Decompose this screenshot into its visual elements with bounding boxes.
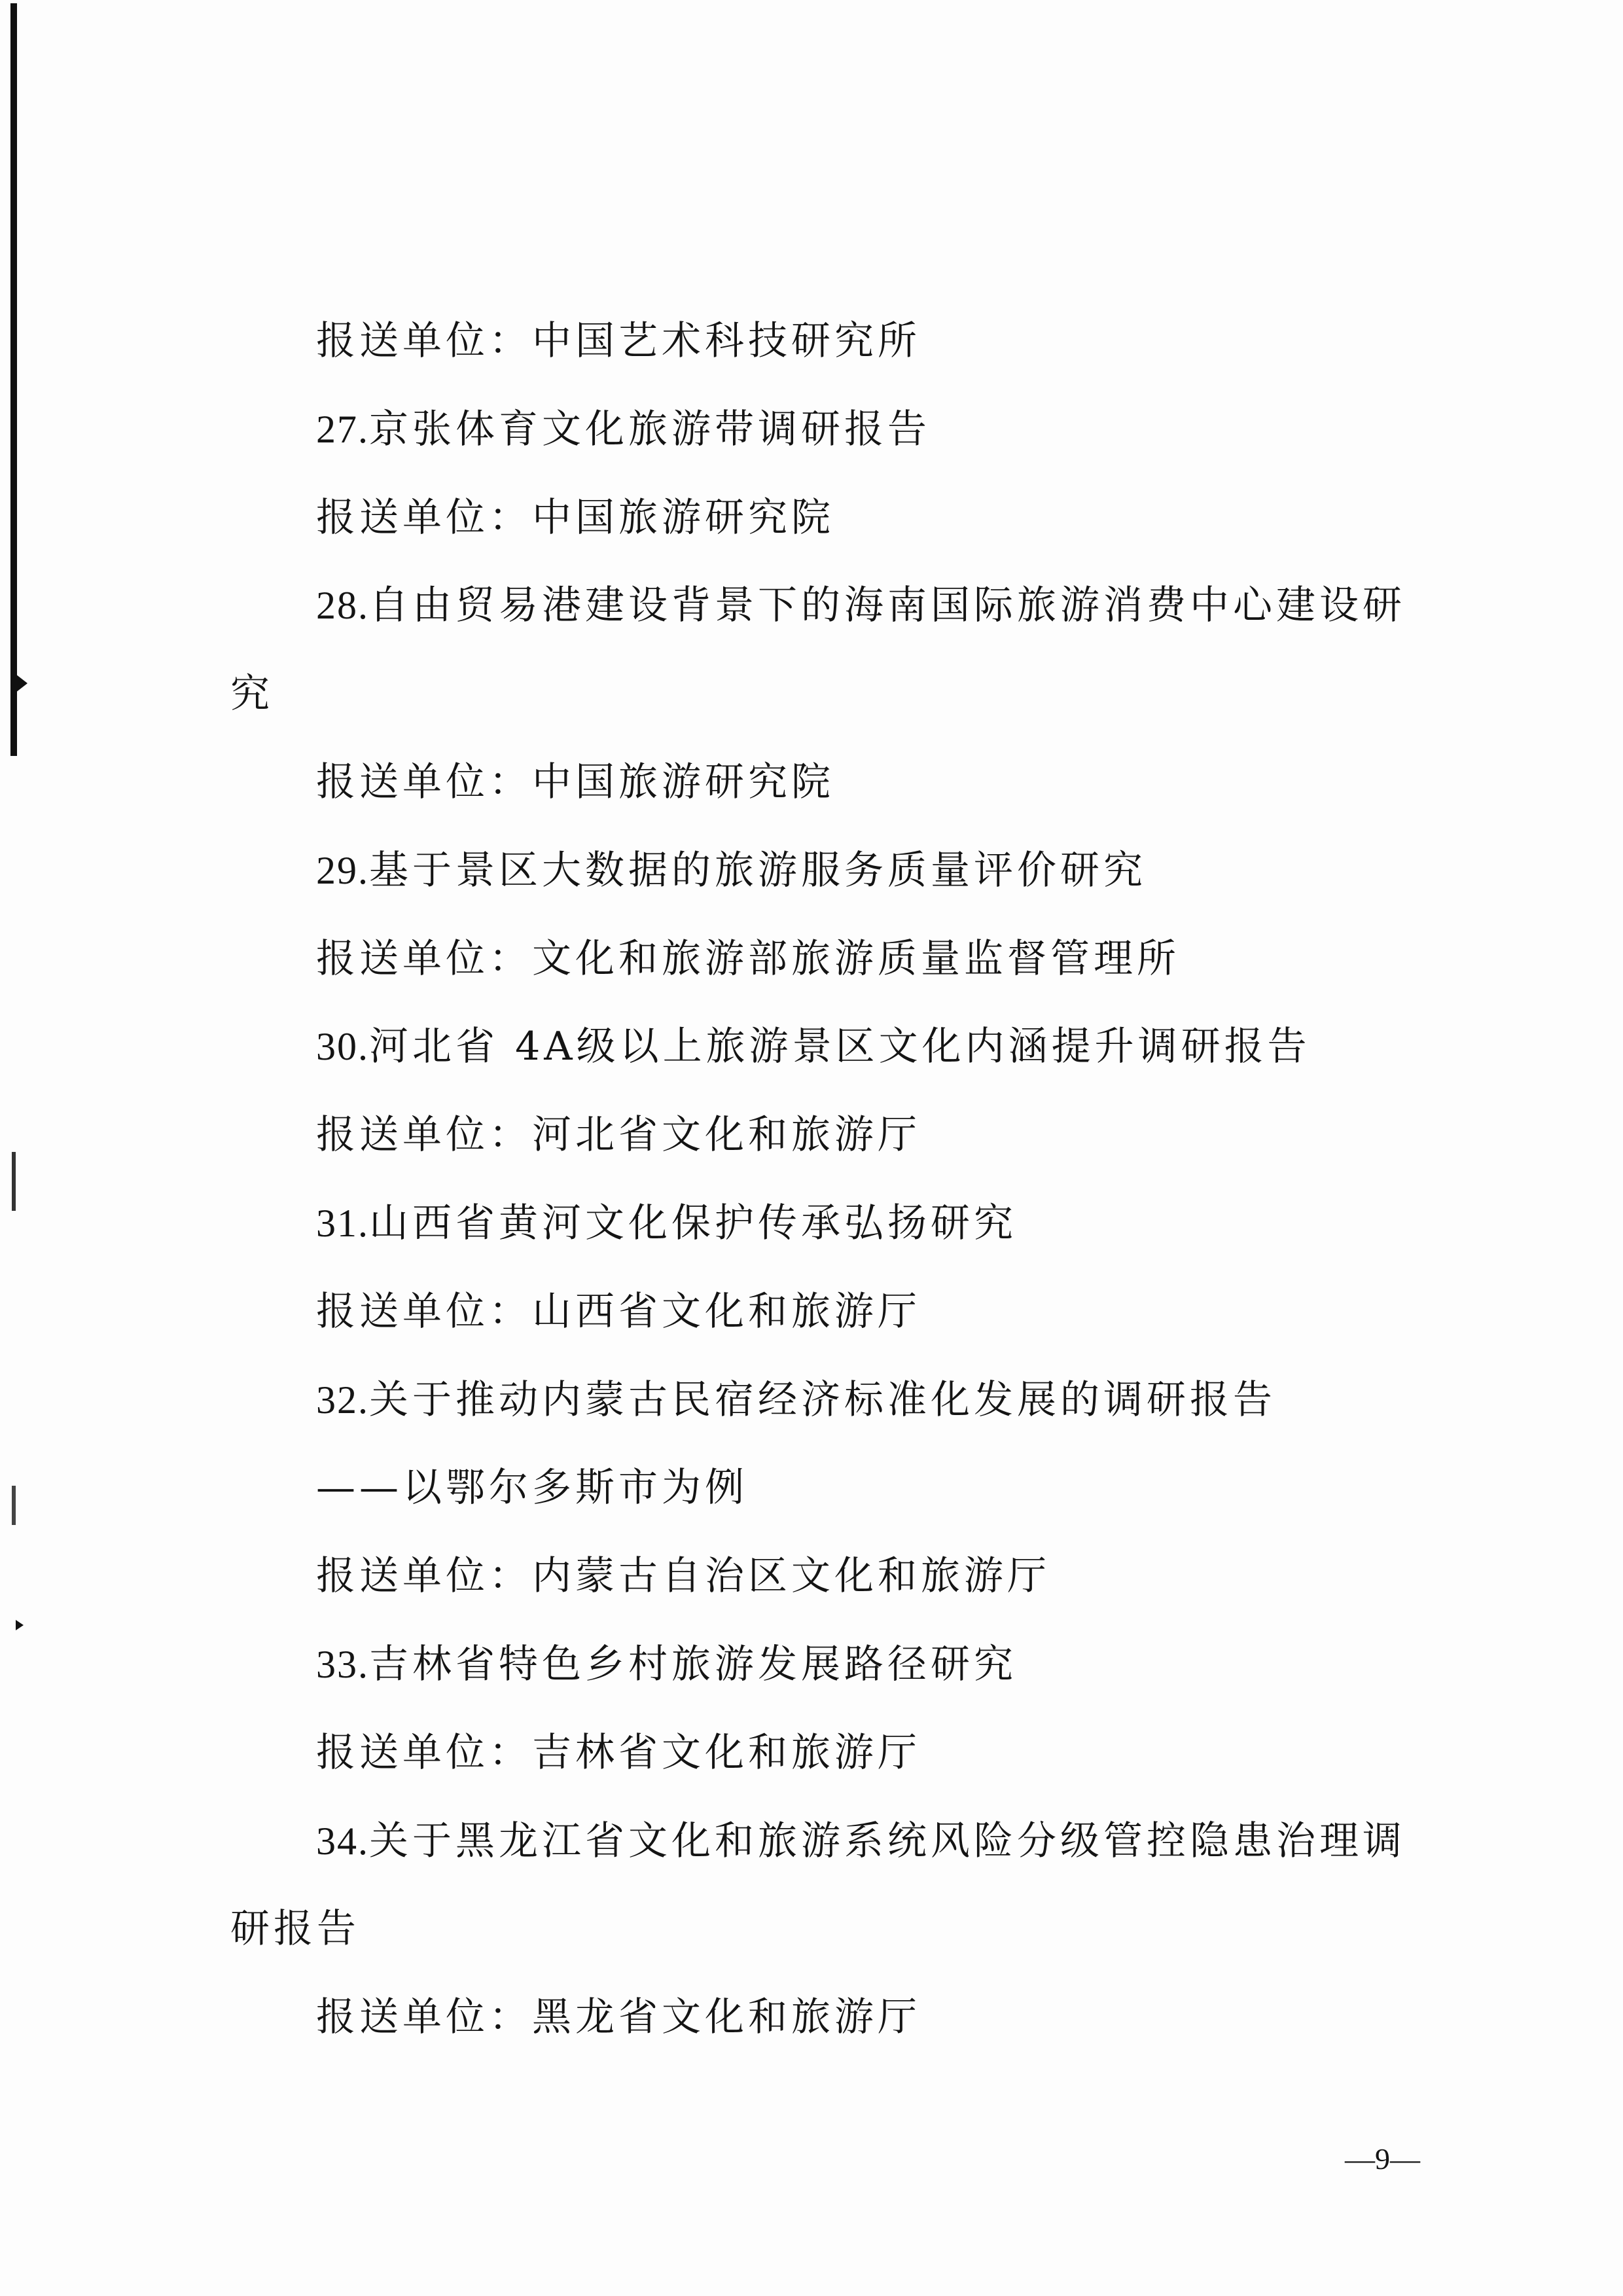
continuation-text: 研报告 [230, 1906, 360, 1952]
list-item-33: 33.吉林省特色乡村旅游发展路径研究 [230, 1621, 1435, 1709]
item-number: 29. [316, 849, 369, 892]
list-item-27: 27.京张体育文化旅游带调研报告 [230, 386, 1435, 474]
scan-binding-edge [12, 1152, 16, 1211]
submitting-unit: 报送单位：吉林省文化和旅游厅 [230, 1709, 1435, 1797]
unit-text: 报送单位：黑龙省文化和旅游厅 [316, 1994, 921, 2040]
item-title: 关于推动内蒙古民宿经济标准化发展的调研报告 [369, 1377, 1276, 1423]
unit-text: 报送单位：吉林省文化和旅游厅 [316, 1730, 921, 1776]
document-body: 报送单位：中国艺术科技研究所 27.京张体育文化旅游带调研报告 报送单位：中国旅… [230, 297, 1435, 2062]
scan-binding-edge [12, 1486, 16, 1525]
list-item-30: 30.河北省 4A级以上旅游景区文化内涵提升调研报告 [230, 1003, 1435, 1091]
item-title-continuation: 研报告 [230, 1885, 1435, 1973]
item-number: 33. [316, 1643, 369, 1686]
list-item-34: 34.关于黑龙江省文化和旅游系统风险分级管控隐患治理调 [230, 1797, 1435, 1886]
continuation-text: 究 [230, 671, 274, 717]
submitting-unit: 报送单位：中国旅游研究院 [230, 738, 1435, 827]
subtitle-text: ——以鄂尔多斯市为例 [316, 1465, 748, 1511]
item-subtitle: ——以鄂尔多斯市为例 [230, 1444, 1435, 1532]
document-page: 报送单位：中国艺术科技研究所 27.京张体育文化旅游带调研报告 报送单位：中国旅… [0, 0, 1623, 2296]
binding-hole-mark [16, 1620, 24, 1630]
item-number: 31. [316, 1202, 369, 1245]
submitting-unit: 报送单位：中国艺术科技研究所 [230, 297, 1435, 386]
submitting-unit: 报送单位：中国旅游研究院 [230, 474, 1435, 562]
list-item-29: 29.基于景区大数据的旅游服务质量评价研究 [230, 827, 1435, 915]
scan-binding-edge [10, 3, 17, 756]
unit-text: 报送单位：山西省文化和旅游厅 [316, 1289, 921, 1335]
page-number: —9— [1345, 2142, 1420, 2176]
item-title: 关于黑龙江省文化和旅游系统风险分级管控隐患治理调 [369, 1818, 1406, 1864]
item-number: 28. [316, 584, 369, 627]
item-number: 27. [316, 408, 369, 451]
item-number: 30. [316, 1025, 369, 1068]
unit-text: 报送单位：中国旅游研究院 [316, 759, 834, 805]
list-item-28: 28.自由贸易港建设背景下的海南国际旅游消费中心建设研 [230, 562, 1435, 650]
unit-text: 报送单位：内蒙古自治区文化和旅游厅 [316, 1553, 1050, 1599]
submitting-unit: 报送单位：河北省文化和旅游厅 [230, 1091, 1435, 1179]
item-title: 河北省 4A级以上旅游景区文化内涵提升调研报告 [369, 1024, 1311, 1069]
submitting-unit: 报送单位：内蒙古自治区文化和旅游厅 [230, 1532, 1435, 1621]
list-item-32: 32.关于推动内蒙古民宿经济标准化发展的调研报告 [230, 1356, 1435, 1444]
unit-text: 报送单位：中国旅游研究院 [316, 495, 834, 541]
item-number: 32. [316, 1378, 369, 1422]
list-item-31: 31.山西省黄河文化保护传承弘扬研究 [230, 1179, 1435, 1268]
unit-text: 报送单位：文化和旅游部旅游质量监督管理所 [316, 936, 1180, 982]
item-title: 基于景区大数据的旅游服务质量评价研究 [369, 848, 1147, 893]
unit-text: 报送单位：河北省文化和旅游厅 [316, 1112, 921, 1158]
submitting-unit: 报送单位：山西省文化和旅游厅 [230, 1268, 1435, 1356]
item-title-continuation: 究 [230, 650, 1435, 738]
item-title: 京张体育文化旅游带调研报告 [369, 406, 931, 452]
item-number: 34. [316, 1820, 369, 1863]
unit-text: 报送单位：中国艺术科技研究所 [316, 318, 921, 364]
item-title: 吉林省特色乡村旅游发展路径研究 [369, 1641, 1017, 1687]
item-title: 山西省黄河文化保护传承弘扬研究 [369, 1200, 1017, 1246]
item-title: 自由贸易港建设背景下的海南国际旅游消费中心建设研 [369, 583, 1406, 628]
submitting-unit: 报送单位：文化和旅游部旅游质量监督管理所 [230, 915, 1435, 1003]
submitting-unit: 报送单位：黑龙省文化和旅游厅 [230, 1973, 1435, 2062]
binding-hole-mark [16, 674, 27, 692]
